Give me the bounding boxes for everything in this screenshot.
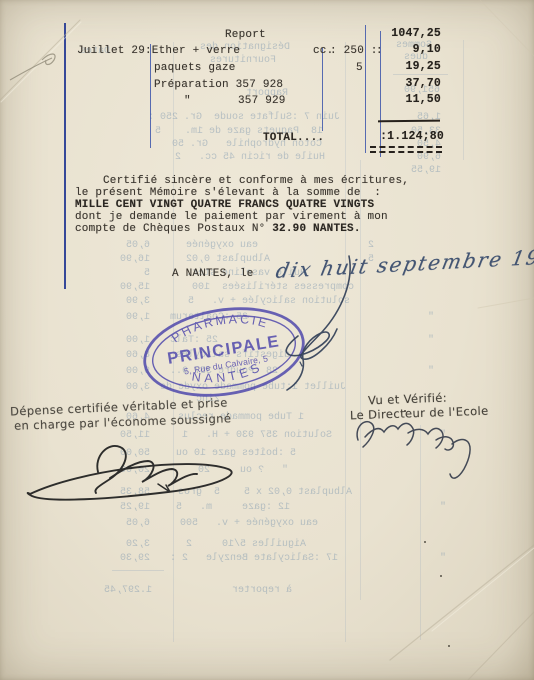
bleedthrough-rule	[393, 74, 448, 75]
row-date-item: Juillet 29:Ether + verre	[77, 45, 240, 57]
certification-line: le présent Mémoire s'élevant à la somme …	[75, 187, 381, 199]
bleedthrough-text: à reporter	[232, 585, 292, 596]
bleedthrough-text: eau oxygénée	[186, 240, 258, 251]
scanned-invoice-page: DatesDésignation desFournituresSommesdue…	[0, 0, 534, 680]
row-amount: 11,50	[385, 94, 441, 106]
bleedthrough-text: "	[440, 430, 446, 441]
bleedthrough-text: "	[428, 312, 434, 323]
bleedthrough-text: 50,00	[120, 448, 150, 459]
total-label: TOTAL....	[263, 132, 324, 144]
certification-amount-words: MILLE CENT VINGT QUATRE FRANCS QUATRE VI…	[75, 199, 374, 211]
bleedthrough-text: 17 :Salicylate Benzyle 2 :	[170, 553, 338, 564]
ink-speck	[404, 410, 406, 412]
bleedthrough-text: 1.297,45	[104, 585, 152, 596]
row-ditto-mark: "	[184, 95, 191, 107]
pharmacy-oval-stamp: PHARMACIE PRINCIPALE 5, Rue du Calvaire,…	[128, 298, 320, 406]
bleedthrough-rule	[112, 570, 164, 571]
row-qty: 5	[356, 62, 363, 74]
bleedthrough-rule	[463, 40, 464, 160]
bleedthrough-text: 20,00	[120, 465, 150, 476]
certification-line: Certifié sincère et conforme à mes écrit…	[103, 175, 409, 187]
bleedthrough-text: "	[428, 335, 434, 346]
row-item: Préparation 357 928	[154, 79, 283, 91]
bleedthrough-text: 5	[144, 268, 150, 279]
bleedthrough-rule	[345, 42, 346, 642]
bleedthrough-text: 16,90	[120, 254, 150, 265]
bleedthrough-text: "	[428, 366, 434, 377]
bleedthrough-text: 58,35	[120, 487, 150, 498]
margin-rule-line	[64, 23, 66, 289]
bleedthrough-text: 6,05	[126, 240, 150, 251]
bleedthrough-text: 12 :gaze m. 5	[176, 502, 290, 513]
report-label: Report	[225, 29, 266, 41]
table-rule-line	[322, 48, 323, 131]
bleedthrough-rule	[420, 425, 421, 640]
row-amount: 37,70	[385, 78, 441, 90]
bleedthrough-text: Huile de ricin 45 cc. 2	[175, 152, 325, 163]
row-qty: : 250 :	[330, 45, 378, 57]
bleedthrough-text: compresses stérilisées 100	[192, 282, 354, 293]
bleedthrough-text: Albuplast 0,02	[186, 254, 270, 265]
bleedthrough-text: "	[440, 553, 446, 564]
bleedthrough-text: Juin 7 :Sulfate soude Gr. 250 :	[148, 112, 340, 123]
row-amount: 9,10	[385, 44, 441, 56]
bleedthrough-text: Albuplast 0,02 x 5 5 gros	[178, 487, 352, 498]
bleedthrough-text: 19,25	[120, 502, 150, 513]
certification-line: compte de Chèques Postaux N° 32.90 NANTE…	[75, 223, 361, 235]
total-double-underline	[370, 146, 442, 153]
total-amount: :1.124;80	[368, 131, 444, 143]
bleedthrough-text: 15,90	[120, 282, 150, 293]
bleedthrough-text: 19,55	[411, 165, 441, 176]
report-amount: 1047,25	[385, 28, 441, 40]
bleedthrough-text: 29,30	[120, 553, 150, 564]
certification-line: dont je demande le paiement par virement…	[75, 211, 388, 223]
ink-speck	[440, 575, 442, 577]
row-item: paquets gaze	[154, 62, 236, 74]
bleedthrough-text: 6,05	[126, 518, 150, 529]
row-item: 357 929	[238, 95, 286, 107]
bleedthrough-text: 6,90	[417, 152, 441, 163]
bleedthrough-text: Aiguilles 5/10 2	[186, 539, 306, 550]
certification-line-prefix: compte de Chèques Postaux N°	[75, 223, 272, 235]
bleedthrough-text: 2	[368, 240, 374, 251]
ink-speck	[448, 645, 450, 647]
row-sep: :	[376, 45, 383, 57]
bleedthrough-text: 11,50	[120, 430, 150, 441]
bleedthrough-text: eau oxygénée + v. 500	[180, 518, 318, 529]
bleedthrough-text: "	[440, 502, 446, 513]
ink-speck	[424, 541, 426, 543]
bleedthrough-text: 5 :boîtes gaze 10 ou	[176, 448, 296, 459]
row-amount: 19,25	[385, 61, 441, 73]
table-rule-line	[150, 44, 151, 148]
bleedthrough-text: Solution 357 930 + H. 1	[182, 430, 332, 441]
bleedthrough-text: 3,20	[126, 539, 150, 550]
place-date-typed: A NANTES, le	[172, 268, 254, 280]
postal-account-number: 32.90 NANTES.	[272, 223, 360, 235]
bleedthrough-text: " ? ou 20	[198, 465, 288, 476]
